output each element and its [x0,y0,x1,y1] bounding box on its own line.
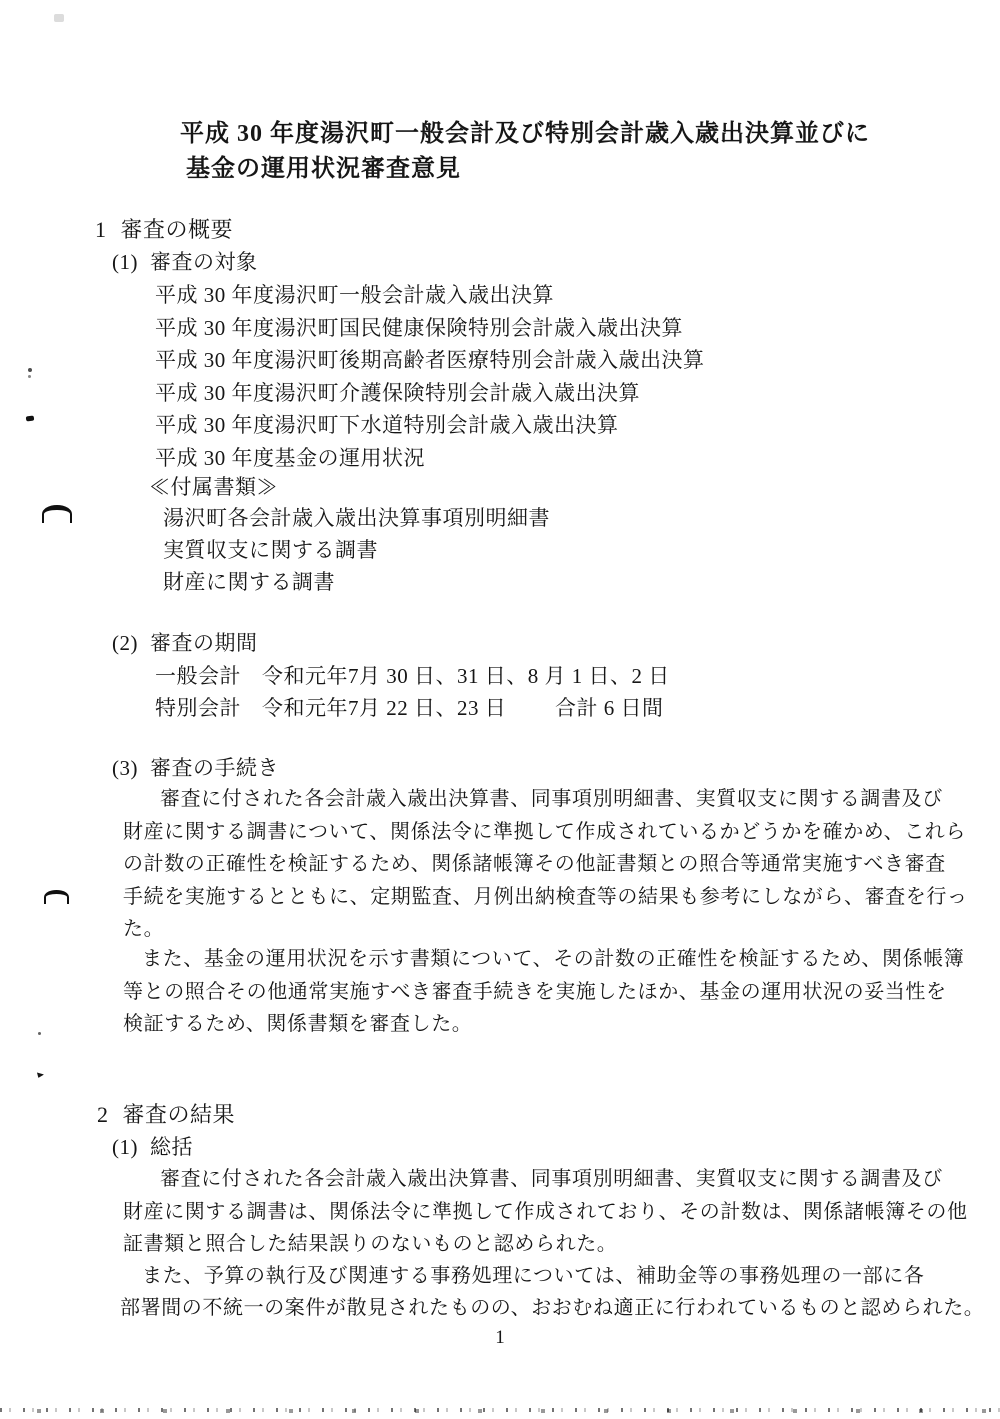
subsection-2-1-label: 総括 [150,1137,193,1158]
scan-dot-artifact [28,375,31,378]
summary-paragraph-line: 審査に付された各会計歳入歳出決算書、同事項別明細書、実質収支に関する調書及び [160,1169,943,1189]
section-2-number: 2 [97,1104,109,1126]
subsection-1-2-label: 審査の期間 [150,633,258,654]
scan-dot-artifact [28,368,32,372]
summary-paragraph-line: また、予算の執行及び関連する事務処理については、補助金等の事務処理の一部に各 [142,1266,924,1286]
procedure-paragraph-line: 手続を実施するとともに、定期監査、月例出納検査等の結果も参考にしながら、審査を行… [123,887,968,907]
subsection-1-2-heading: (2)審査の期間 [112,633,258,654]
attachment-item: 実質収支に関する調書 [163,540,378,561]
section-2-label: 審査の結果 [123,1104,236,1126]
document-title-line1: 平成 30 年度湯沢町一般会計及び特別会計歳入歳出決算並びに [180,122,870,146]
subsection-1-1-number: (1) [112,252,138,273]
audit-target-item: 平成 30 年度湯沢町下水道特別会計歳入歳出決算 [155,415,619,436]
procedure-paragraph-line: た。 [123,919,164,939]
procedure-paragraph-line: また、基金の運用状況を示す書類について、その計数の正確性を検証するため、関係帳簿 [142,949,964,969]
subsection-1-3-heading: (3)審査の手続き [112,758,279,779]
period-account-name: 特別会計 [155,698,262,719]
section-2-heading: 2審査の結果 [97,1104,235,1126]
procedure-paragraph-line: 財産に関する調書について、関係法令に準拠して作成されているかどうかを確かめ、これ… [123,822,966,842]
scan-arc-artifact-upper [42,505,72,523]
subsection-1-3-label: 審査の手続き [150,758,279,779]
scan-smudge-top-left [54,14,64,22]
audit-target-item: 平成 30 年度湯沢町介護保険特別会計歳入歳出決算 [155,383,640,404]
section-1-number: 1 [95,219,107,241]
attachment-item: 財産に関する調書 [163,572,335,593]
period-row-special: 特別会計令和元年7月 22 日、23 日 合計 6 日間 [155,698,855,719]
procedure-paragraph-line: 審査に付された各会計歳入歳出決算書、同事項別明細書、実質収支に関する調書及び [160,789,943,809]
scan-blob-artifact [26,415,35,421]
period-row-general: 一般会計令和元年7月 30 日、31 日、8 月 1 日、2 日 [155,666,670,687]
period-dates: 令和元年7月 22 日、23 日 [262,696,506,720]
summary-paragraph-line: 財産に関する調書は、関係法令に準拠して作成されており、その計数は、関係諸帳簿その… [123,1202,968,1222]
scan-arc-artifact-lower [44,890,69,904]
page-number: 1 [0,1327,1000,1349]
audit-target-item: 平成 30 年度湯沢町後期高齢者医療特別会計歳入歳出決算 [155,350,705,371]
audit-target-item: 平成 30 年度湯沢町国民健康保険特別会計歳入歳出決算 [155,318,683,339]
section-1-label: 審査の概要 [121,219,234,241]
subsection-1-1-heading: (1)審査の対象 [112,252,258,273]
attachment-item: 湯沢町各会計歳入歳出決算事項別明細書 [163,508,550,529]
subsection-1-1-label: 審査の対象 [150,252,258,273]
period-dates: 令和元年7月 30 日、31 日、8 月 1 日、2 日 [262,664,670,688]
procedure-paragraph-line: の計数の正確性を検証するため、関係諸帳簿その他証書類との照合等通常実施すべき審査 [123,854,946,874]
document-title-line2: 基金の運用状況審査意見 [186,157,461,181]
procedure-paragraph-line: 等との照合その他通常実施すべき審査手続きを実施したほか、基金の運用状況の妥当性を [123,982,947,1002]
summary-paragraph-line: 証書類と照合した結果誤りのないものと認められた。 [123,1234,617,1254]
procedure-paragraph-line: 検証するため、関係書類を審査した。 [123,1014,472,1034]
subsection-2-1-heading: (1)総括 [112,1137,193,1158]
subsection-1-3-number: (3) [112,758,138,779]
period-account-name: 一般会計 [155,666,262,687]
scan-noise-strip-bottom [0,1404,1000,1413]
scan-dot-artifact [38,1032,41,1035]
subsection-1-2-number: (2) [112,633,138,654]
attachments-title: ≪付属書類≫ [149,477,278,498]
scan-blob-artifact [35,1071,44,1080]
period-total-days: 合計 6 日間 [555,698,664,719]
subsection-2-1-number: (1) [112,1137,138,1158]
scanned-document-page: 平成 30 年度湯沢町一般会計及び特別会計歳入歳出決算並びに 基金の運用状況審査… [0,0,1000,1419]
section-1-heading: 1審査の概要 [95,219,233,241]
audit-target-item: 平成 30 年度湯沢町一般会計歳入歳出決算 [155,285,554,306]
summary-paragraph-line: 部署間の不統一の案件が散見されたものの、おおむね適正に行われているものと認められ… [120,1298,984,1318]
audit-target-item: 平成 30 年度基金の運用状況 [155,448,425,469]
